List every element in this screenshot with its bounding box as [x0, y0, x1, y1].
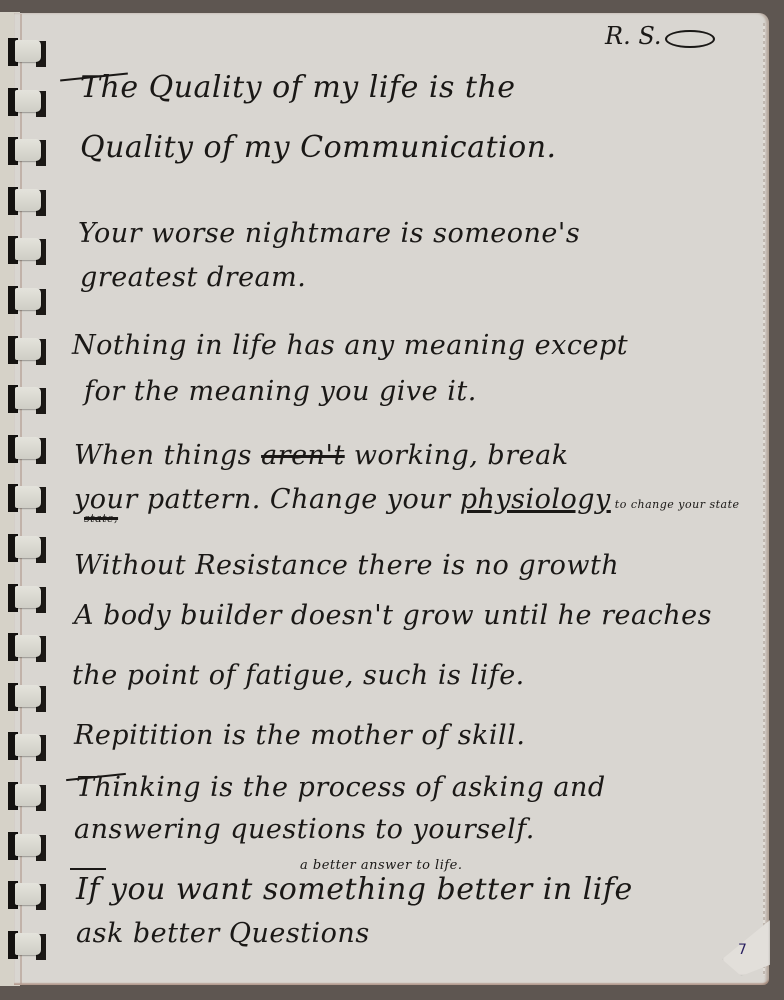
ring-loop — [15, 387, 41, 409]
spiral-ring — [8, 782, 46, 810]
ring-loop — [15, 189, 41, 211]
ring-loop — [15, 586, 41, 608]
spiral-ring — [8, 137, 46, 165]
spiral-ring — [8, 832, 46, 860]
insert-above-line: a better answer to life. — [300, 858, 462, 873]
note-line-2: Quality of my Communication. — [80, 130, 557, 165]
ring-loop — [15, 90, 41, 112]
struck-state-word: state, — [84, 512, 118, 525]
note-line-7: When things aren't working, break — [74, 440, 569, 471]
page-number-mark: 7 — [738, 942, 747, 958]
spiral-ring — [8, 336, 46, 364]
ring-loop — [15, 834, 41, 856]
note-line-5: Nothing in life has any meaning except — [72, 330, 628, 361]
spiral-ring — [8, 88, 46, 116]
spiral-ring — [8, 534, 46, 562]
note-line-11: the point of fatigue, such is life. — [72, 660, 525, 691]
ring-loop — [15, 238, 41, 260]
spiral-ring — [8, 187, 46, 215]
note-line-12: Repitition is the mother of skill. — [74, 720, 525, 751]
struck-word: aren't — [261, 440, 345, 471]
ring-loop — [15, 338, 41, 360]
ring-loop — [15, 437, 41, 459]
line-mark — [70, 868, 106, 870]
ring-loop — [15, 288, 41, 310]
note-line-1: The Quality of my life is the — [80, 70, 516, 105]
spiral-ring — [8, 236, 46, 264]
page-stack-edge — [763, 23, 765, 975]
note-line-4: greatest dream. — [80, 262, 306, 293]
note-line-14: answering questions to yourself. — [74, 814, 535, 845]
spiral-ring — [8, 881, 46, 909]
note-line-8: your pattern. Change your physiology to … — [74, 484, 740, 515]
spiral-ring — [8, 584, 46, 612]
spiral-ring — [8, 484, 46, 512]
spiral-ring — [8, 931, 46, 959]
spiral-ring — [8, 633, 46, 661]
ring-loop — [15, 486, 41, 508]
ring-loop — [15, 139, 41, 161]
note-line-10: A body builder doesn't grow until he rea… — [74, 600, 712, 631]
ring-loop — [15, 933, 41, 955]
ring-loop — [15, 784, 41, 806]
note-line-6: for the meaning you give it. — [84, 376, 477, 407]
note-line-13: Thinking is the process of asking and — [76, 772, 606, 803]
note-line-15: If you want something better in life — [76, 872, 633, 907]
spiral-ring — [8, 385, 46, 413]
note-line-9: Without Resistance there is no growth — [74, 550, 619, 581]
margin-insert: to change your state — [611, 498, 740, 511]
ring-loop — [15, 635, 41, 657]
ring-loop — [15, 40, 41, 62]
note-line-3: Your worse nightmare is someone's — [78, 218, 580, 249]
spiral-ring — [8, 732, 46, 760]
spiral-ring — [8, 683, 46, 711]
spiral-ring — [8, 435, 46, 463]
ring-loop — [15, 685, 41, 707]
handwritten-notes: The Quality of my life is the Quality of… — [60, 0, 760, 1000]
ring-loop — [15, 734, 41, 756]
ring-loop — [15, 883, 41, 905]
ring-loop — [15, 536, 41, 558]
note-line-16: ask better Questions — [76, 918, 370, 949]
spiral-ring — [8, 38, 46, 66]
spiral-ring — [8, 286, 46, 314]
underlined-word: physiology — [460, 484, 611, 515]
